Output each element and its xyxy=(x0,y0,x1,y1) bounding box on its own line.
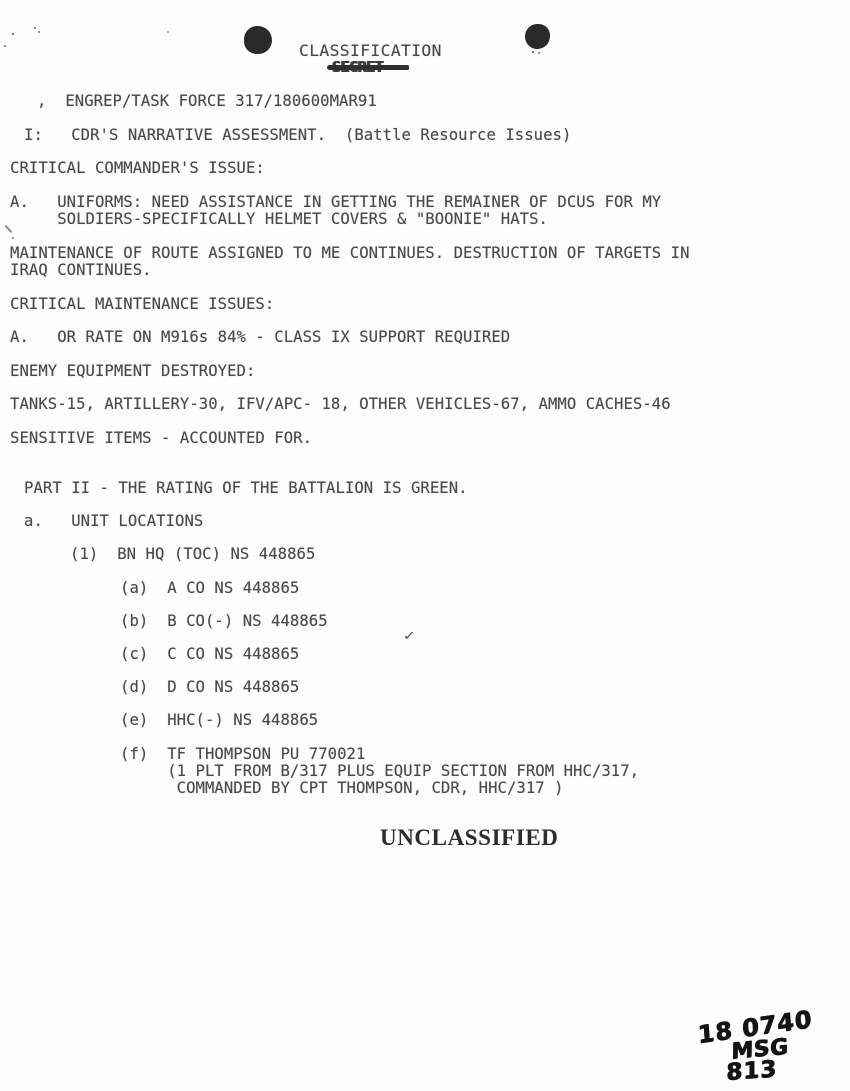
doc-line-engrep-header: , ENGREP/TASK FORCE 317/180600MAR91 xyxy=(37,94,377,109)
doc-line-or-rate: A. OR RATE ON M916s 84% - CLASS IX SUPPO… xyxy=(10,330,510,345)
unclassified-stamp: UNCLASSIFIED xyxy=(380,826,558,850)
doc-line-enemy-equipment-data: TANKS-15, ARTILLERY-30, IFV/APC- 18, OTH… xyxy=(10,397,671,412)
doc-line-unit-locations-hdr: a. UNIT LOCATIONS xyxy=(24,514,203,529)
scanned-document-page: CLASSIFICATION SECRET , ENGREP/TASK FORC… xyxy=(0,0,850,1091)
doc-line-tf-thompson-2: (1 PLT FROM B/317 PLUS EQUIP SECTION FRO… xyxy=(120,764,639,779)
punch-hole-dot-right xyxy=(525,24,550,49)
doc-line-a-co: (a) A CO NS 448865 xyxy=(120,581,299,596)
handwritten-msg-number: 813 xyxy=(726,1056,777,1086)
punch-hole-dot-left xyxy=(244,26,272,54)
doc-line-maintenance-route-2: IRAQ CONTINUES. xyxy=(10,263,152,278)
struck-classification: SECRET xyxy=(330,59,406,75)
doc-line-maintenance-route-1: MAINTENANCE OF ROUTE ASSIGNED TO ME CONT… xyxy=(10,246,690,261)
stray-pen-dot xyxy=(12,237,14,239)
doc-line-uniforms-2: SOLDIERS-SPECIFICALLY HELMET COVERS & "B… xyxy=(10,212,548,227)
doc-line-part-ii-rating: PART II - THE RATING OF THE BATTALION IS… xyxy=(24,481,468,496)
doc-line-c-co: (c) C CO NS 448865 xyxy=(120,647,299,662)
doc-line-tf-thompson-1: (f) TF THOMPSON PU 770021 xyxy=(120,747,365,762)
doc-line-d-co: (d) D CO NS 448865 xyxy=(120,680,299,695)
pen-checkmark: ✓ xyxy=(403,630,417,644)
classification-label: CLASSIFICATION xyxy=(299,44,442,58)
doc-line-critical-maint-hdr: CRITICAL MAINTENANCE ISSUES: xyxy=(10,297,274,312)
doc-line-sensitive-items: SENSITIVE ITEMS - ACCOUNTED FOR. xyxy=(10,431,312,446)
scan-speckles xyxy=(0,0,2,2)
strikethrough-bar xyxy=(327,65,409,70)
doc-line-enemy-equipment-hdr: ENEMY EQUIPMENT DESTROYED: xyxy=(10,364,255,379)
doc-line-critical-issue-hdr: CRITICAL COMMANDER'S ISSUE: xyxy=(10,161,265,176)
doc-line-uniforms-1: A. UNIFORMS: NEED ASSISTANCE IN GETTING … xyxy=(10,195,661,210)
doc-line-hhc: (e) HHC(-) NS 448865 xyxy=(120,713,318,728)
doc-line-bn-hq: (1) BN HQ (TOC) NS 448865 xyxy=(70,547,315,562)
doc-line-tf-thompson-3: COMMANDED BY CPT THOMPSON, CDR, HHC/317 … xyxy=(120,781,564,796)
doc-line-narrative-assessment: I: CDR'S NARRATIVE ASSESSMENT. (Battle R… xyxy=(24,128,571,143)
doc-line-b-co: (b) B CO(-) NS 448865 xyxy=(120,614,328,629)
